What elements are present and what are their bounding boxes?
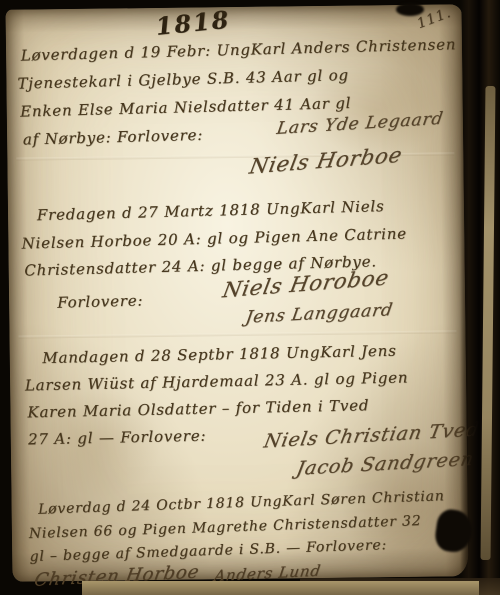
- ink-blot-top: [396, 3, 424, 16]
- table-surface: [82, 581, 479, 595]
- scanned-register-photo: 1818 111. Løverdagen d 19 Febr: UngKarl …: [0, 0, 500, 595]
- register-entry-4: Løverdag d 24 Octbr 1818 UngKarl Søren C…: [0, 0, 474, 586]
- entry-4-line-3: gl – begge af Smedgaarde i S.B. — Forlov…: [29, 537, 387, 565]
- manuscript-page: 1818 111. Løverdagen d 19 Febr: UngKarl …: [6, 4, 469, 582]
